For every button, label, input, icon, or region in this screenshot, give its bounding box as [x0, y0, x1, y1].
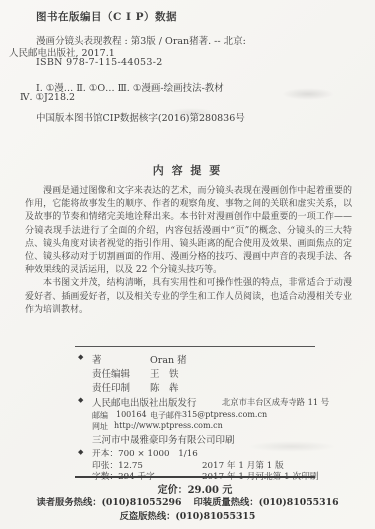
summary-paragraph-2: 本书图文并茂，结构清晰，具有实用性和可操作性强的特点，非常适合于动漫爱好者、插画…: [25, 277, 352, 317]
cip-classification-line2: Ⅳ. ①J218.2: [20, 92, 75, 103]
credit-row-author: ◆ 著 Oran 猪: [0, 352, 375, 364]
publisher-row: ◆ 人民邮电出版社出版发行 北京市丰台区成寿寺路 11 号: [0, 395, 375, 407]
postcode-value: 100164: [116, 410, 147, 419]
isbn-line: ISBN 978-7-115-44053-2: [36, 57, 163, 68]
credit-label: 责任编辑: [92, 366, 130, 380]
publisher-name: 人民邮电出版社出版发行: [92, 395, 197, 409]
printer-row: 三河市中晟雅豪印务有限公司印刷: [0, 432, 375, 444]
printer-name: 三河市中晟雅豪印务有限公司印刷: [92, 432, 235, 446]
credit-label: 责任印制: [92, 380, 130, 394]
cip-record-number: 中国版本图书馆CIP数据核字(2016)第280836号: [36, 110, 245, 124]
reader-hotline: 读者服务热线：(010)81055296: [36, 497, 181, 508]
format-row: ◆ 开本：700 × 1000 1/16: [0, 447, 375, 459]
cip-header: 图书在版编目（C I P）数据: [36, 9, 177, 24]
diamond-bullet-icon: ◆: [78, 353, 83, 361]
scanned-copyright-page: { "cip": { "header": "图书在版编目（C I P）数据", …: [0, 0, 375, 529]
diamond-bullet-icon: ◆: [78, 396, 83, 404]
divider-bottom: [75, 476, 315, 478]
email-label: 电子邮件: [150, 410, 182, 421]
website-label: 网址: [92, 421, 108, 432]
publisher-address: 北京市丰台区成寿寺路 11 号: [222, 396, 329, 408]
quality-hotline: 印装质量热线：(010)81055316: [194, 497, 339, 508]
hotline-row-1: 读者服务热线：(010)81055296印装质量热线：(010)81055316: [0, 494, 375, 508]
credit-value: 陈 犇: [150, 380, 179, 394]
email-value: 315@ptpress.com.cn: [182, 410, 267, 419]
anti-piracy-hotline: 反盗版热线：(010)81055315: [120, 511, 256, 522]
diamond-bullet-icon: ◆: [78, 448, 83, 456]
format-value: 开本：700 × 1000 1/16: [92, 447, 198, 459]
summary-title: 内 容 提 要: [0, 162, 375, 178]
credit-value: 王 铁: [150, 366, 179, 380]
credit-label: 著: [92, 352, 102, 366]
credit-row-editor: 责任编辑 王 铁: [0, 366, 375, 378]
credit-value: Oran 猪: [150, 352, 187, 366]
website-value: http://www.ptpress.com.cn: [114, 421, 223, 430]
scan-smudge: [282, 88, 334, 100]
divider-top: [75, 346, 315, 347]
postcode-label: 邮编: [92, 410, 108, 421]
summary-body: 漫画是通过图像和文字来表达的艺术，而分镜头表现在漫画创作中起着重要的作用，它能将…: [25, 185, 352, 317]
hotline-row-2: 反盗版热线：(010)81055315: [0, 508, 375, 522]
credit-row-printing-supervisor: 责任印制 陈 犇: [0, 380, 375, 392]
summary-paragraph-1: 漫画是通过图像和文字来表达的艺术，而分镜头表现在漫画创作中起着重要的作用，它能将…: [25, 185, 352, 277]
